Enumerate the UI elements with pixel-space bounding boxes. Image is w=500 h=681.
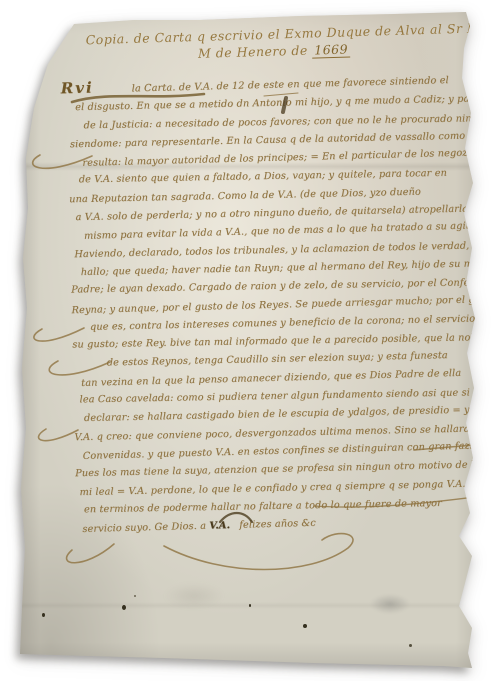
flourish-closing-descender (67, 544, 114, 563)
opening-initial: Rvi (61, 79, 94, 98)
year-underlined: 1669 (312, 41, 350, 58)
closing-prefix: servicio suyo. Ge Dios. a (82, 521, 206, 535)
date-prefix: M de Henero de (198, 43, 308, 61)
paper-crease (14, 602, 478, 609)
flourish-closing-loop (164, 534, 353, 570)
ink-speck (134, 595, 136, 597)
ink-speck (122, 605, 126, 610)
manuscript-text-block: Copia. de Carta q escrivio el Exmo Duque… (42, 22, 477, 540)
paper-smudge (164, 583, 224, 609)
closing-suffix: felizes años &c (239, 518, 316, 531)
line-text: la Carta. de V.A. de 12 de este en que m… (132, 75, 449, 94)
letter-body: Rvila Carta. de V.A. de 12 de este en qu… (43, 70, 477, 540)
ink-speck (249, 604, 251, 607)
paper-shadow-wrap: Copia. de Carta q escrivio el Exmo Duque… (0, 0, 500, 681)
closing-addressee-overstruck: V.A. (209, 520, 230, 532)
ink-speck (303, 624, 307, 628)
manuscript-page: Copia. de Carta q escrivio el Exmo Duque… (14, 8, 478, 672)
ink-speck (42, 613, 45, 617)
photo-canvas: Copia. de Carta q escrivio el Exmo Duque… (0, 0, 500, 681)
paper-smudge (370, 594, 410, 614)
ink-speck (409, 644, 412, 647)
